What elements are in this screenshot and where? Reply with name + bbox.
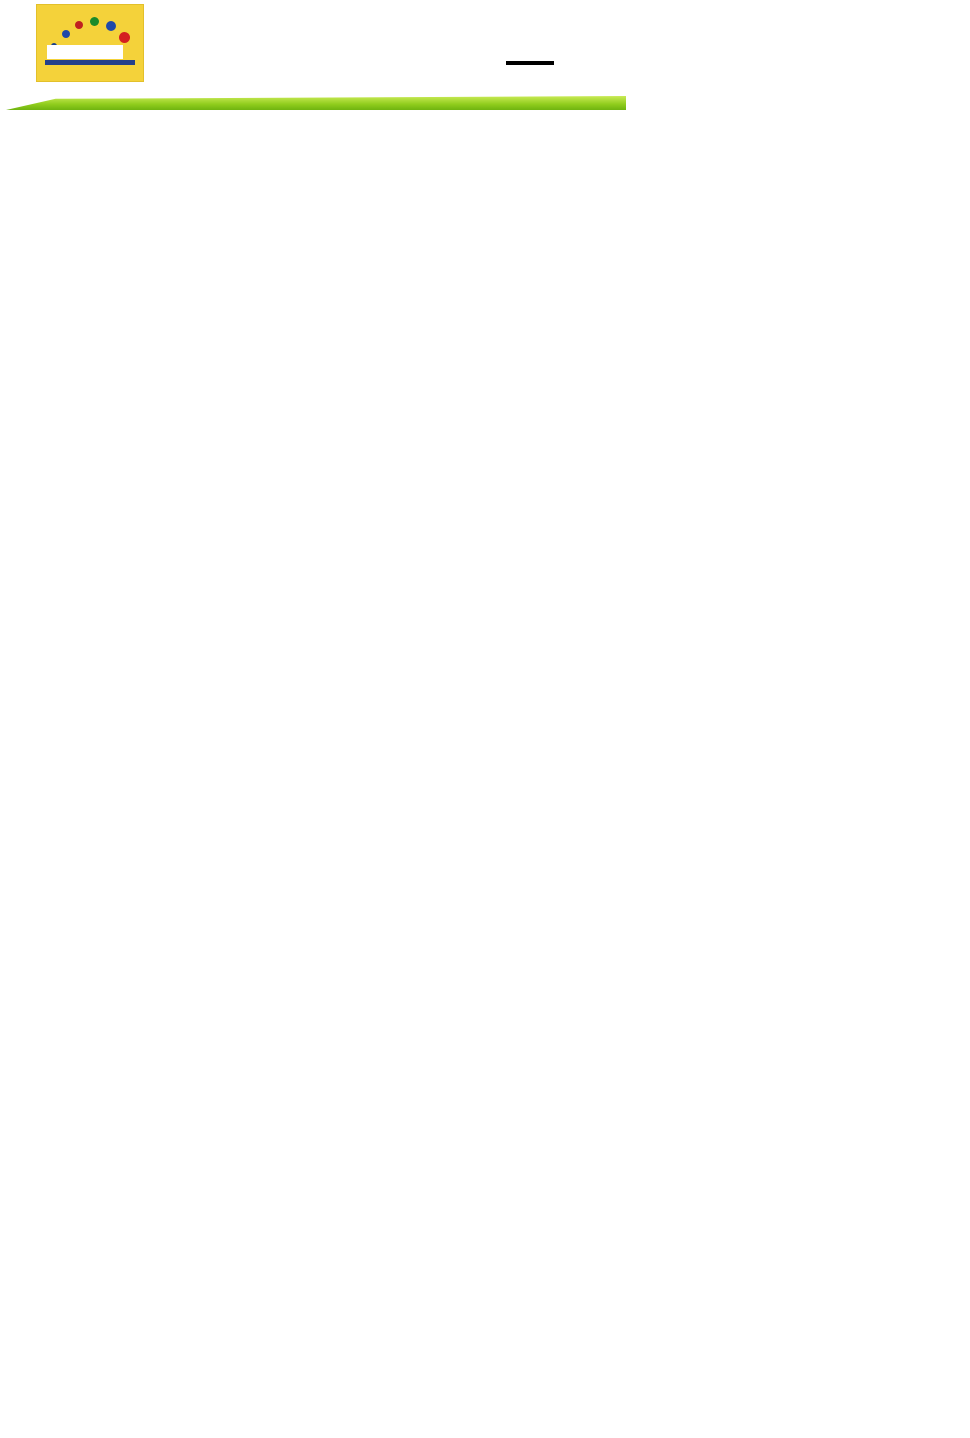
page-title-suffix — [506, 42, 556, 82]
page-header — [0, 0, 640, 115]
ball-icon — [119, 32, 130, 43]
ball-icon — [90, 17, 99, 26]
ball-icon — [62, 30, 70, 38]
logo-strip — [45, 60, 135, 65]
ball-icon — [75, 21, 83, 29]
ball-icon — [106, 21, 116, 31]
header-divider-bar — [6, 96, 626, 110]
title-dash — [506, 61, 554, 65]
mark-six-logo — [36, 4, 144, 82]
logo-band — [47, 45, 123, 59]
